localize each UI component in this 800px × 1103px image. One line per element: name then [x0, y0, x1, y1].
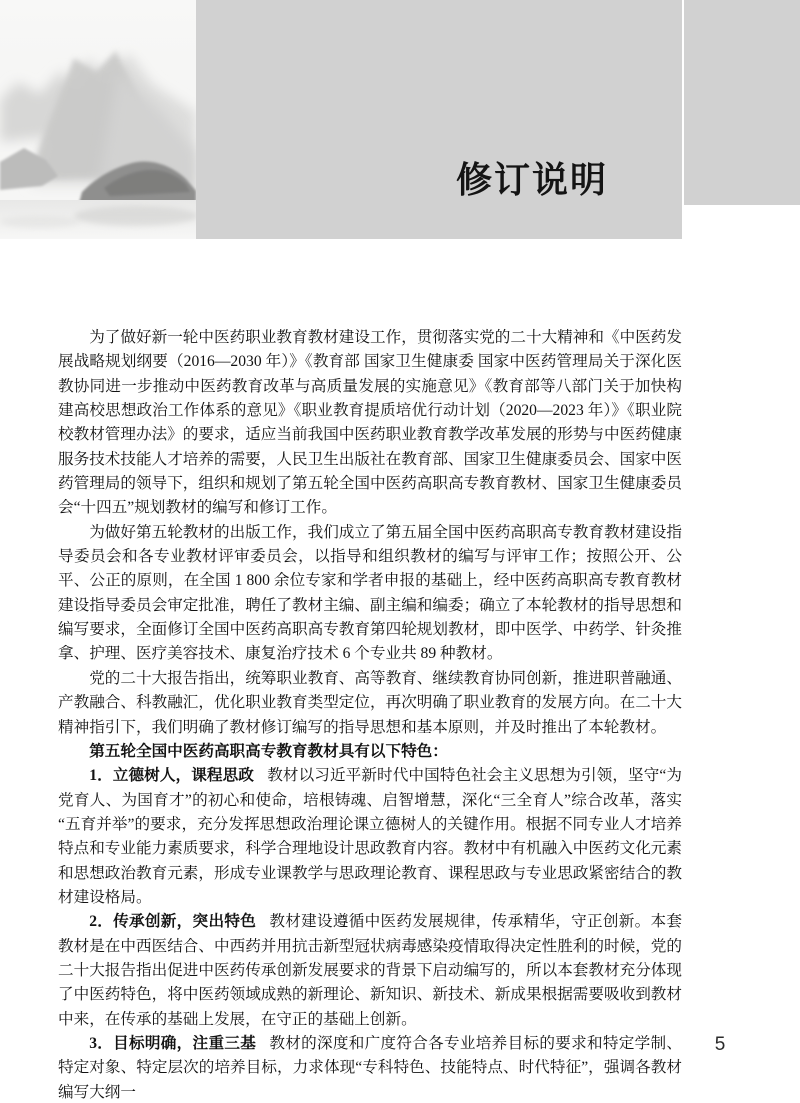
- mountain-ink-art: [0, 0, 196, 239]
- feature-lead: 1．立德树人，课程思政: [89, 767, 254, 784]
- paragraph: 2．传承创新，突出特色教材建设遵循中医药发展规律，传承精华，守正创新。本套教材是…: [58, 910, 682, 1032]
- paragraph: 为做好第五轮教材的出版工作，我们成立了第五届全国中医药高职高专教育教材建设指导委…: [58, 521, 682, 667]
- body-paragraphs: 为了做好新一轮中医药职业教育教材建设工作，贯彻落实党的二十大精神和《中医药发展战…: [58, 326, 682, 1103]
- header-banner-side-block: [684, 0, 800, 205]
- page-title: 修订说明: [456, 152, 608, 203]
- feature-lead: 2．传承创新，突出特色: [89, 913, 256, 930]
- header-banner: 修订说明: [0, 0, 682, 239]
- features-heading: 第五轮全国中医药高职高专教育教材具有以下特色：: [58, 740, 682, 764]
- feature-lead: 3．目标明确，注重三基: [89, 1035, 256, 1052]
- page-number: 5: [708, 1034, 732, 1056]
- book-page: { "header": { "title": "修订说明", "banner_c…: [0, 0, 800, 1103]
- paragraph: 1．立德树人，课程思政教材以习近平新时代中国特色社会主义思想为引领，坚守“为党育…: [58, 764, 682, 910]
- paragraph: 3．目标明确，注重三基教材的深度和广度符合各专业培养目标的要求和特定学制、特定对…: [58, 1032, 682, 1103]
- paragraph: 为了做好新一轮中医药职业教育教材建设工作，贯彻落实党的二十大精神和《中医药发展战…: [58, 326, 682, 521]
- paragraph: 党的二十大报告指出，统筹职业教育、高等教育、继续教育协同创新，推进职普融通、产教…: [58, 667, 682, 740]
